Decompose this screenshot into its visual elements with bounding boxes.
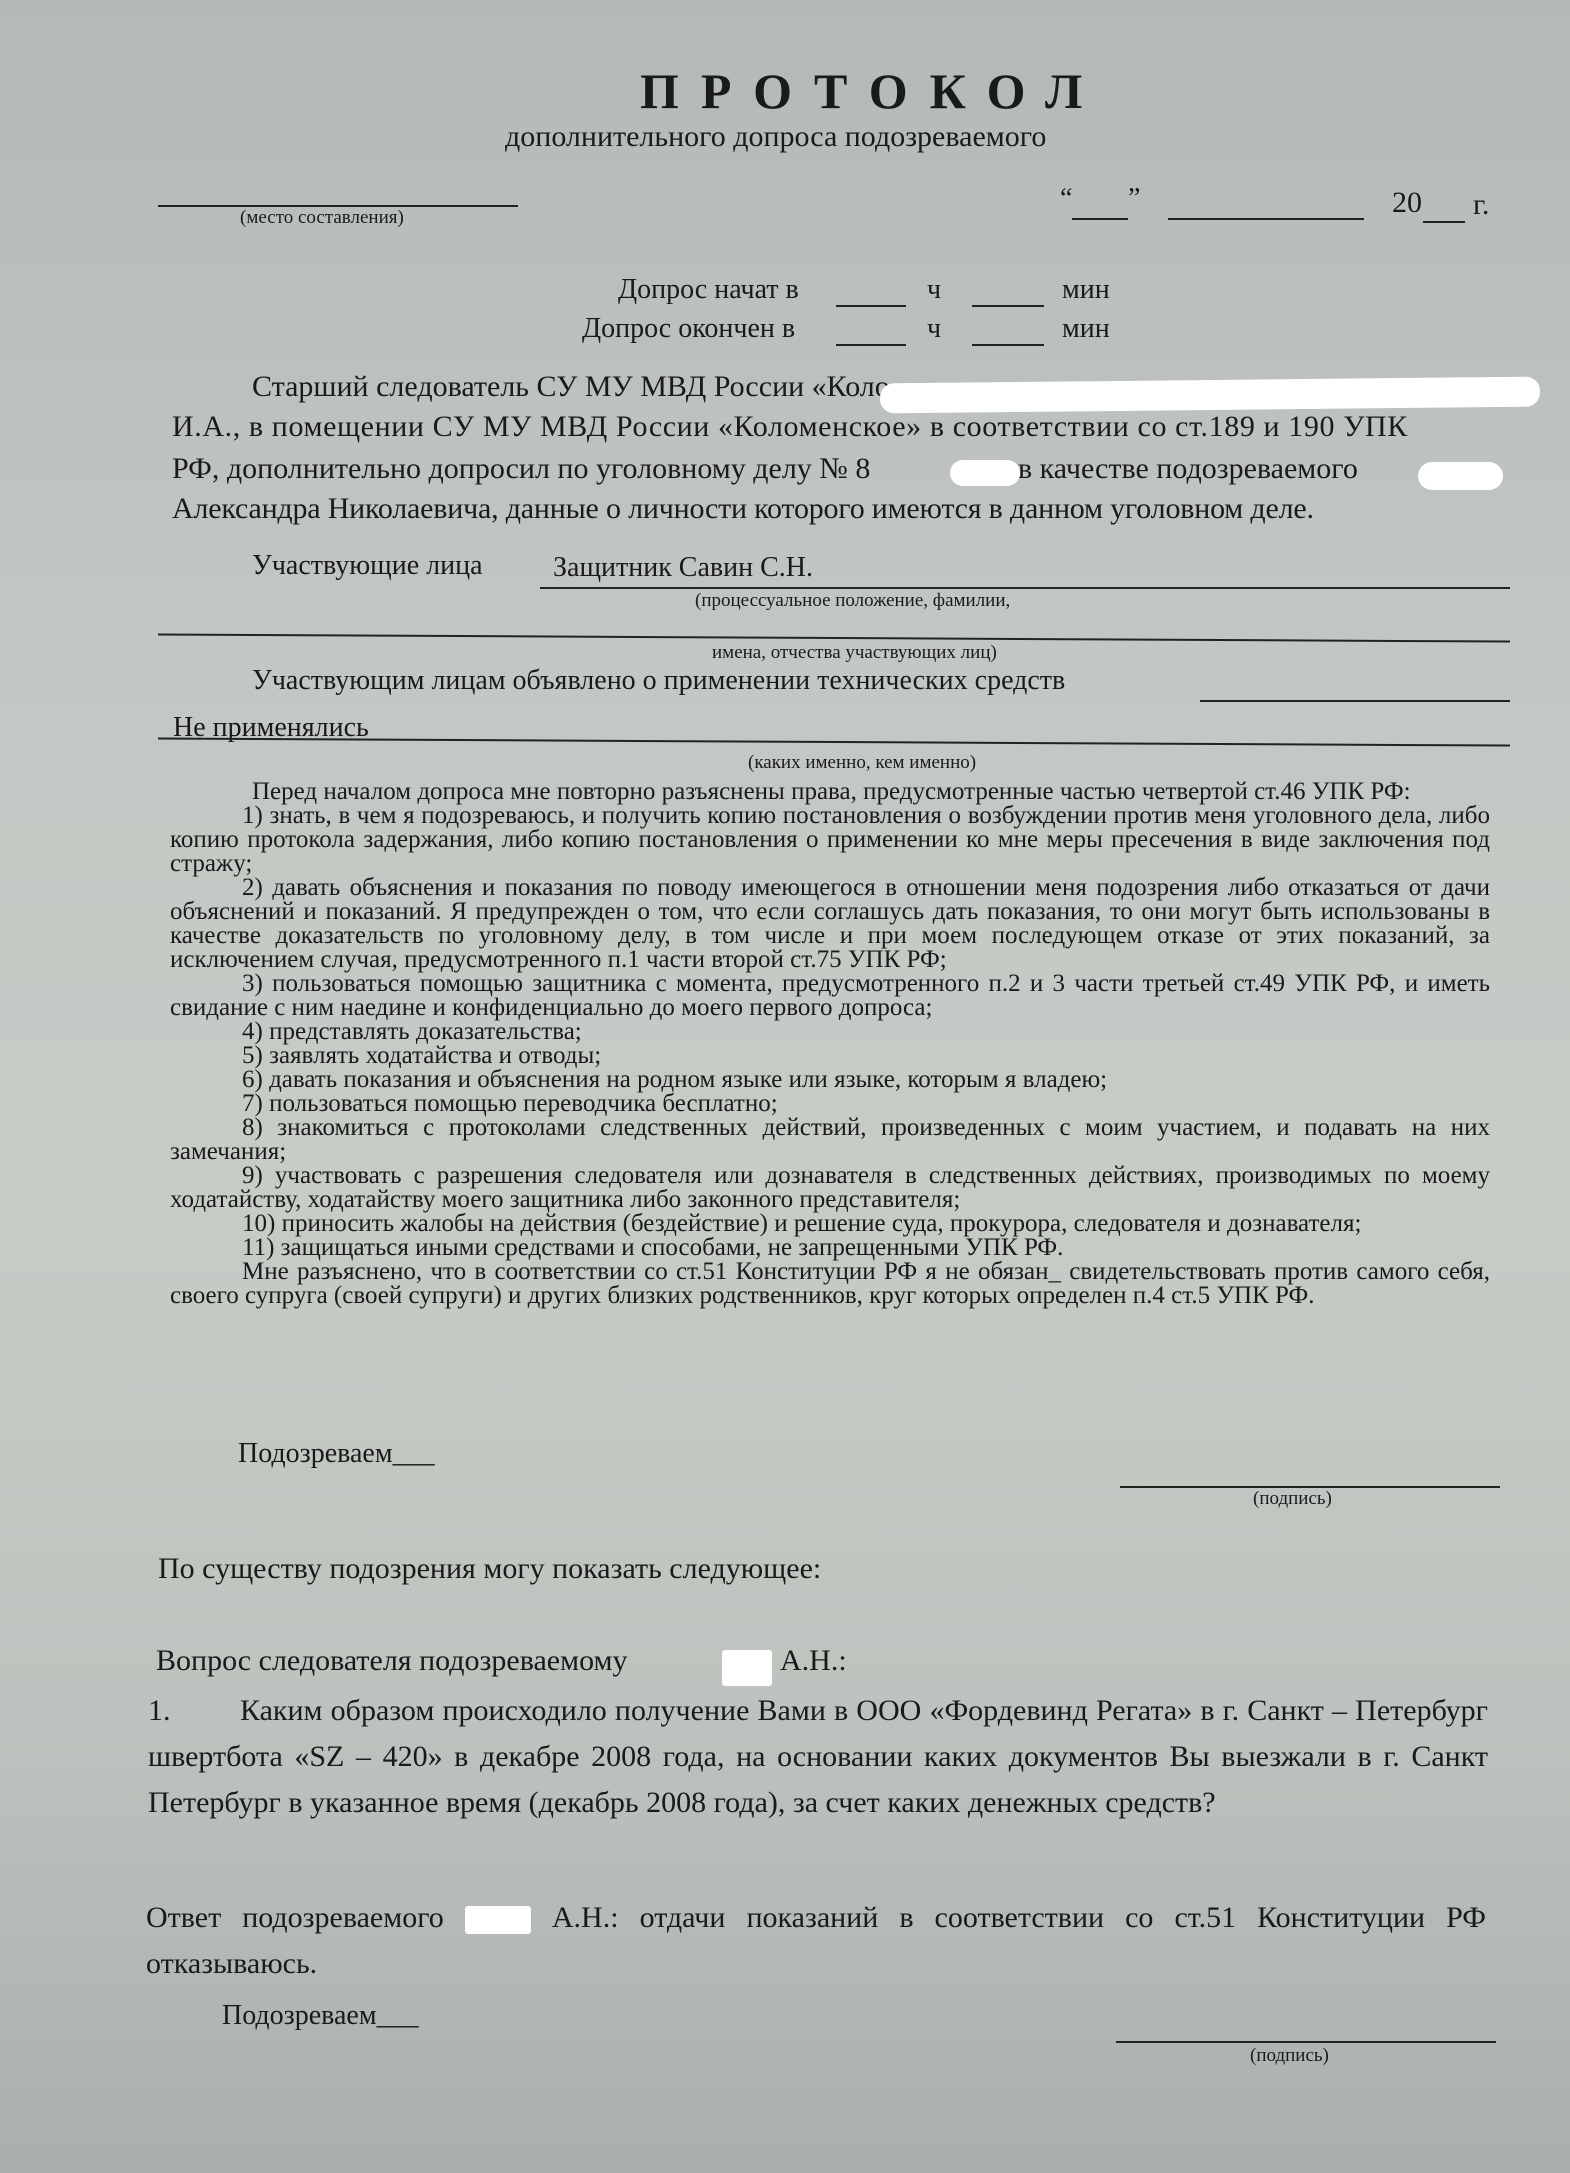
date-open-quote: “ [1060,183,1072,215]
rights-item-10: 10) приносить жалобы на действия (бездей… [170,1212,1490,1236]
time-start-label: Допрос начат в [618,274,799,306]
rights-item-8: 8) знакомиться с протоколами следственны… [170,1116,1490,1164]
answer-prefix: Ответ подозреваемого [146,1901,444,1934]
participants-caption-1: (процессуальное положение, фамилии, [695,590,1010,612]
question-1: 1.Каким образом происходило получение Ва… [148,1688,1488,1826]
rights-item-9: 9) участвовать с разрешения следователя … [170,1164,1490,1212]
rights-item-2: 2) давать объяснения и показания по пово… [170,876,1490,972]
tech-means-label: Участвующим лицам объявлено о применении… [252,665,1065,697]
question-heading-prefix: Вопрос следователя подозреваемому [156,1644,628,1678]
document-title: ПРОТОКОЛ [640,62,1104,120]
participants-caption-2: имена, отчества участвующих лиц) [712,642,997,664]
document-subtitle: дополнительного допроса подозреваемого [505,120,1046,154]
date-year-prefix: 20 [1392,186,1422,220]
date-close-quote: ” [1128,183,1140,215]
time-start-hours-line [836,305,906,307]
time-end-label: Допрос окончен в [582,313,795,345]
rights-item-3: 3) пользоваться помощью защитника с моме… [170,972,1490,1020]
participants-value: Защитник Савин С.Н. [553,552,813,584]
signature-line-2 [1116,2041,1496,2043]
date-year-line [1423,221,1465,223]
question-number: 1. [148,1688,240,1734]
intro-line-1: Старший следователь СУ МУ МВД России «Ко… [252,370,890,404]
participants-label: Участвующие лица [252,550,483,582]
rights-item-4: 4) представлять доказательства; [170,1020,1490,1044]
redaction-mark [1418,462,1503,490]
intro-line-4: Александра Николаевича, данные о личност… [172,492,1314,526]
redaction-mark [880,377,1540,414]
rights-item-7: 7) пользоваться помощью переводчика бесп… [170,1092,1490,1116]
suspect-signature-label-1: Подозреваем___ [238,1438,435,1470]
date-month-line [1168,218,1364,220]
place-caption: (место составления) [240,207,404,229]
testimony-heading: По существу подозрения могу показать сле… [158,1552,821,1586]
date-day-line [1072,218,1128,220]
tech-means-line [1200,700,1510,702]
date-year-suffix: г. [1473,188,1489,222]
rights-item-1: 1) знать, в чем я подозреваюсь, и получи… [170,804,1490,876]
rights-intro: Перед началом допроса мне повторно разъя… [170,780,1490,804]
signature-caption-2: (подпись) [1250,2045,1329,2067]
rights-item-5: 5) заявлять ходатайства и отводы; [170,1044,1490,1068]
time-end-hours-unit: ч [927,313,941,345]
redaction-mark [722,1650,772,1686]
intro-line-2: И.А., в помещении СУ МУ МВД России «Коло… [172,410,1408,444]
participants-line [540,587,1510,589]
time-end-minutes-line [972,344,1044,346]
intro-line-3: РФ, дополнительно допросил по уголовному… [172,452,870,486]
time-end-hours-line [836,344,906,346]
rights-section: Перед началом допроса мне повторно разъя… [170,780,1490,1308]
time-start-minutes-line [972,305,1044,307]
suspect-signature-label-2: Подозреваем___ [222,2000,419,2032]
signature-caption-1: (подпись) [1253,1488,1332,1510]
rights-item-6: 6) давать показания и объяснения на родн… [170,1068,1490,1092]
tech-means-caption: (каких именно, кем именно) [748,752,976,774]
answer-redaction [465,1906,531,1934]
intro-line-3b: в качестве подозреваемого [1018,452,1358,486]
time-start-minutes-unit: мин [1062,274,1110,306]
question-text: Каким образом происходило получение Вами… [148,1694,1488,1819]
time-end-minutes-unit: мин [1062,313,1110,345]
time-start-hours-unit: ч [927,274,941,306]
rights-item-11: 11) защищаться иными средствами и способ… [170,1236,1490,1260]
constitution-note: Мне разъяснено, что в соответствии со ст… [170,1260,1490,1308]
redaction-mark [950,460,1020,486]
answer-1: Ответ подозреваемого А.Н.: отдачи показа… [146,1895,1486,1987]
question-heading-suffix: А.Н.: [780,1644,847,1678]
document-page: ПРОТОКОЛ дополнительного допроса подозре… [0,0,1570,2173]
